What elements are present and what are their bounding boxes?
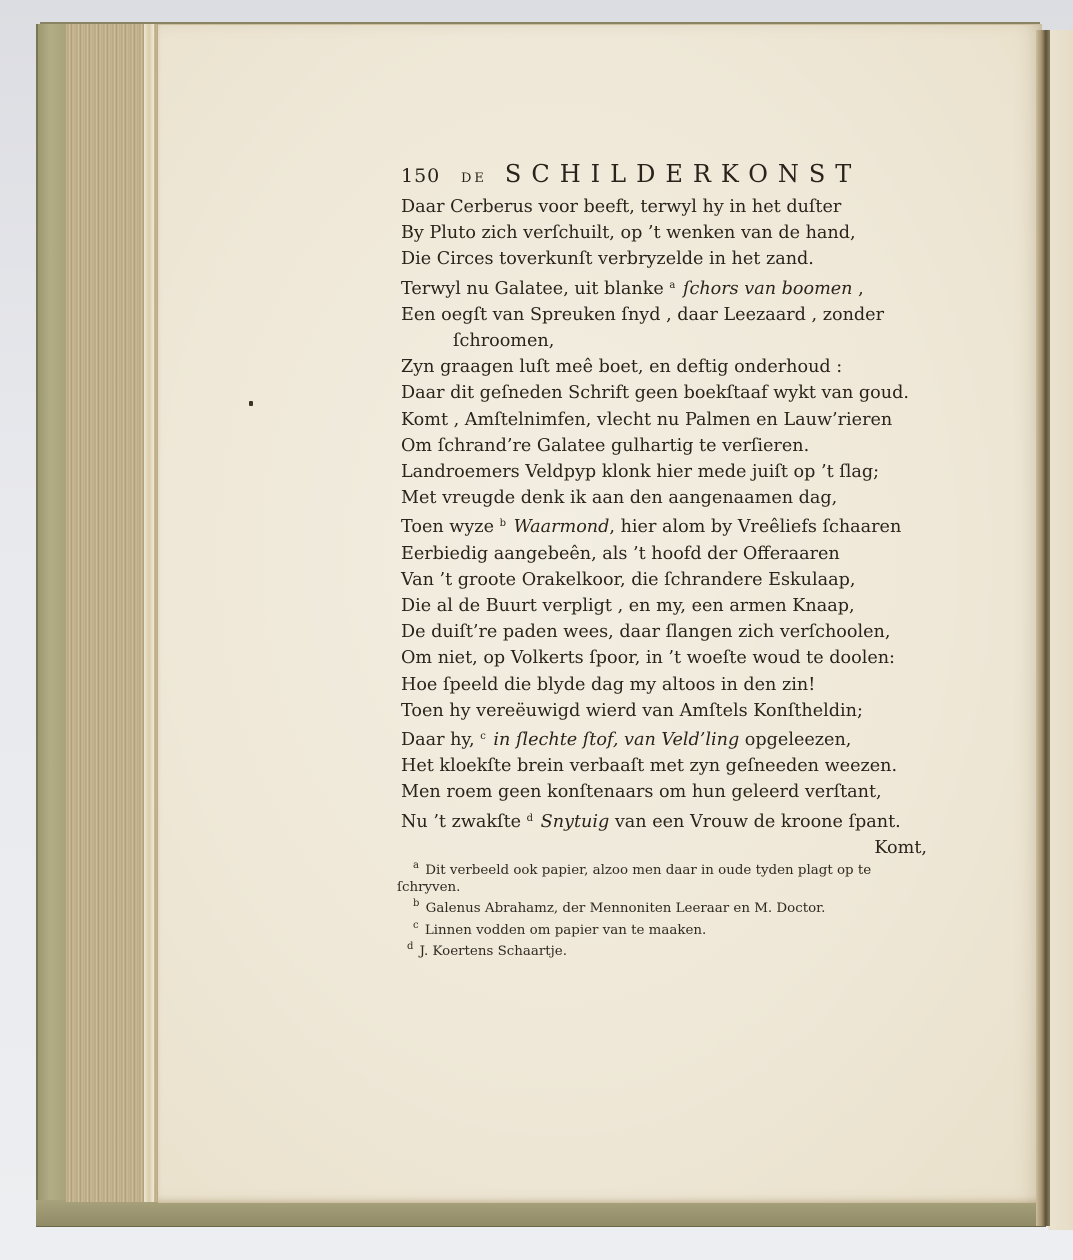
verse-line: Toen wyze b Waarmond, hier alom by Vreêl… xyxy=(397,511,937,540)
verse-text: Terwyl nu Galatee, uit blanke xyxy=(401,279,669,299)
verse-line: Om ſchrand’re Galatee gulhartig te verſi… xyxy=(397,433,937,459)
verse-line: Toen hy vereëuwigd wierd van Amſtels Kon… xyxy=(397,698,937,724)
verse-line: De duiſt’re paden wees, daar ſlangen zic… xyxy=(397,619,937,645)
verse-line: Die al de Buurt verpligt , en my, een ar… xyxy=(397,593,937,619)
ink-speck xyxy=(249,401,253,406)
verse-line: By Pluto zich verſchuilt, op ’t wenken v… xyxy=(397,220,937,246)
verse-line: Men roem geen konſtenaars om hun geleerd… xyxy=(397,779,937,805)
verse-text: Toen wyze xyxy=(401,517,500,537)
footnote-mark: d xyxy=(407,941,413,952)
verse-line: Om niet, op Volkerts ſpoor, in ’t woeſte… xyxy=(397,645,937,671)
verse-text: Daar hy, xyxy=(401,730,480,750)
verse-italic: in ſlechte ſtof, van Veld’ling xyxy=(493,730,739,750)
footnote-a-wrap: ſchryven. xyxy=(397,880,917,897)
footnote-text: Linnen vodden om papier van te maaken. xyxy=(425,923,706,938)
verse-line-continuation: ſchroomen, xyxy=(397,328,937,354)
verse-line: Een oegſt van Spreuken ſnyd , daar Leeza… xyxy=(397,302,937,328)
footnote-mark: c xyxy=(480,731,486,742)
verse-italic: Snytuig xyxy=(541,812,610,832)
footnote-text: J. Koertens Schaartje. xyxy=(420,944,567,959)
footnote-d: d J. Koertens Schaartje. xyxy=(397,939,917,961)
footnote-mark: b xyxy=(413,898,419,909)
verse-italic: ſchors van boomen xyxy=(683,279,853,299)
page-edges-stack xyxy=(66,24,162,1202)
footnote-text: Dit verbeeld ook papier, alzoo men daar … xyxy=(425,863,871,878)
verse-line: Daar dit geſneden Schrift geen boekſtaaf… xyxy=(397,380,937,406)
verse-lines: Daar Cerberus voor beeft, terwyl hy in h… xyxy=(397,194,937,835)
verse-line: Met vreugde denk ik aan den aangenaamen … xyxy=(397,485,937,511)
page-text-block: 150 DE SCHILDERKONST Daar Cerberus voor … xyxy=(397,160,937,861)
book-gutter xyxy=(1036,30,1050,1226)
verse-line: Zyn graagen luſt meê boet, en deftig ond… xyxy=(397,354,937,380)
verse-text: , xyxy=(853,279,864,299)
verse-line: Terwyl nu Galatee, uit blanke a ſchors v… xyxy=(397,273,937,302)
running-head-article: DE xyxy=(461,171,487,186)
vellum-cover-bottom xyxy=(36,1200,1046,1227)
footnotes: a Dit verbeeld ook papier, alzoo men daa… xyxy=(397,858,917,961)
verse-line: Daar Cerberus voor beeft, terwyl hy in h… xyxy=(397,194,937,220)
verse-text: , hier alom by Vreêliefs ſchaaren xyxy=(609,517,901,537)
footnote-mark: d xyxy=(527,813,533,824)
footnote-b: b Galenus Abrahamz, der Mennoniten Leera… xyxy=(397,896,917,918)
footnote-mark: c xyxy=(413,920,419,931)
verse-line: Nu ’t zwakſte d Snytuig van een Vrouw de… xyxy=(397,806,937,835)
footnote-mark: b xyxy=(500,518,506,529)
verse-line: Het kloekſte brein verbaaſt met zyn geſn… xyxy=(397,753,937,779)
footnote-mark: a xyxy=(669,280,675,291)
verse-text: opgeleezen, xyxy=(739,730,851,750)
footnote-mark: a xyxy=(413,860,419,871)
verse-line: Van ’t groote Orakelkoor, die ſchrandere… xyxy=(397,567,937,593)
catchword: Komt, xyxy=(397,835,937,861)
running-head-title: SCHILDERKONST xyxy=(505,160,861,188)
verse-line: Komt , Amſtelnimfen, vlecht nu Palmen en… xyxy=(397,407,937,433)
page-number: 150 xyxy=(401,165,461,187)
verse-line: Hoe ſpeeld die blyde dag my altoos in de… xyxy=(397,672,937,698)
footnote-a: a Dit verbeeld ook papier, alzoo men daa… xyxy=(397,858,917,880)
verse-text: van een Vrouw de kroone ſpant. xyxy=(609,812,901,832)
verse-line: Daar hy, c in ſlechte ſtof, van Veld’lin… xyxy=(397,724,937,753)
verse-line: Landroemers Veldpyp klonk hier mede juiſ… xyxy=(397,459,937,485)
footnote-c: c Linnen vodden om papier van te maaken. xyxy=(397,918,917,940)
running-head: 150 DE SCHILDERKONST xyxy=(401,160,937,194)
verse-text: Nu ’t zwakſte xyxy=(401,812,527,832)
footnote-text: Galenus Abrahamz, der Mennoniten Leeraar… xyxy=(426,901,826,916)
facing-page-edge xyxy=(1048,30,1073,1230)
verse-line: Eerbiedig aangebeên, als ’t hoofd der Of… xyxy=(397,541,937,567)
verse-italic: Waarmond xyxy=(514,517,610,537)
verse-line: Die Circes toverkunſt verbryzelde in het… xyxy=(397,246,937,272)
